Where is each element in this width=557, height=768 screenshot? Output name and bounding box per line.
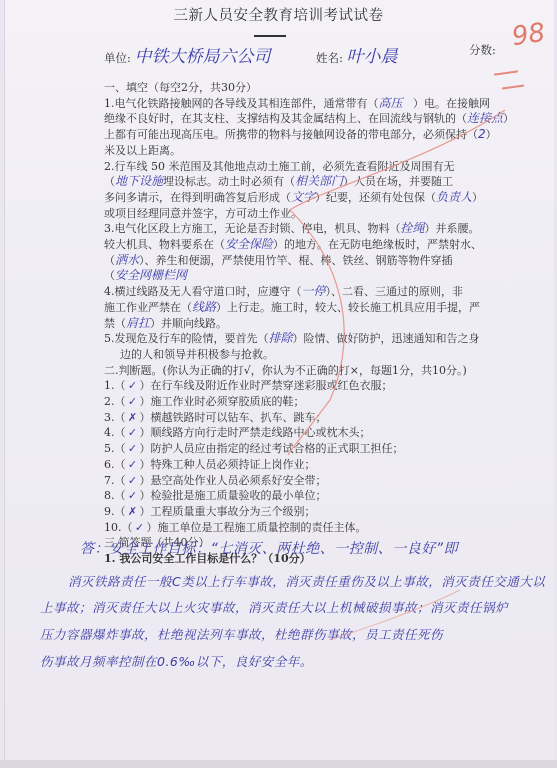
tf-item: 7.（✓）悬空高处作业人员必须系好安全带； (104, 473, 524, 489)
answer-blank: 负责人 (436, 190, 472, 204)
tf-item: 4.（✓）顺线路方向行走时严禁走线路中心或枕木头； (104, 425, 524, 441)
score-value: 98 (510, 18, 547, 52)
check-mark-icon: ✓ (126, 441, 140, 457)
q3-line2: 较大机具、物料要系在（安全保险）的地方。在无防电绝缘板时，严禁射水、 (104, 237, 524, 253)
tf-item: 10.（✓）施工单位是工程施工质量控制的责任主体。 (104, 520, 524, 536)
tf-item: 8.（✓）检验批是施工质量验收的最小单位； (104, 488, 524, 504)
handwritten-answer-line: 答：安全工作目标：“七消灭、两杜绝、一控制、一良好”即 (80, 538, 458, 558)
exam-body: 一、填空（每空2分，共30分） 1.电气化铁路接触网的各导线及其相连部件，通常带… (104, 80, 524, 567)
answer-blank: 安全保险 (225, 237, 273, 251)
true-false-list: 1.（✓）在行车线及附近作业时严禁穿迷彩服或红色衣服； 2.（✓）施工作业时必须… (104, 378, 524, 535)
answer-blank: 2 (478, 127, 486, 141)
q3-line1: 3.电气化区段上方施工，无论是否封锁、停电，机具、物料（拴绳）并系腰。 (104, 221, 524, 237)
answer-blank: 洒水 (115, 253, 139, 267)
answer-blank: 一停 (302, 284, 326, 298)
q4-line1: 4.横过线路及无人看守道口时，应遵守（一停）、二看、三通过的原则，非 (104, 284, 524, 300)
page-edge (0, 760, 557, 768)
check-mark-icon: ✓ (126, 457, 140, 473)
check-mark-icon: ✓ (126, 488, 140, 504)
q2-line1: 2.行车线 50 米范围及其他地点动土施工前，必须先查看附近及周围有无 (104, 159, 524, 175)
tf-item: 2.（✓）施工作业时必须穿胶质底的鞋； (104, 394, 524, 410)
q1-line2: 绝缘不良好时，在其支柱、支撑结构及其金属结构上、在回流线与钢轨的（连接点） (104, 111, 524, 127)
check-mark-icon: ✓ (126, 394, 140, 410)
check-mark-icon: ✓ (126, 425, 140, 441)
cross-mark-icon: ✗ (126, 410, 140, 426)
name-field: 姓名: 叶小晨 (316, 42, 398, 67)
check-mark-icon: ✓ (126, 378, 140, 394)
answer-blank: 高压 (379, 96, 403, 110)
q2-line2: （地下设施埋设标志。动土时必须有（相关部门）人员在场，并要随工 (104, 174, 524, 190)
q1-line3: 上都有可能出现高压电。所携带的物料与接触网设备的带电部分，必须保持（2） (104, 127, 524, 143)
answer-blank: 连接点 (467, 111, 503, 125)
tf-item: 6.（✓）特殊工种人员必须持证上岗作业； (104, 457, 524, 473)
title-underline (254, 35, 286, 37)
q1-line4: 米及以上距离。 (104, 143, 524, 159)
exam-title: 三新人员安全教育培训考试试卷 (0, 4, 557, 25)
check-mark-icon: ✓ (126, 473, 140, 489)
section2-heading: 二.判断题。(你认为正确的打√，你认为不正确的打×，每题1分，共10分。) (104, 363, 524, 379)
tf-item: 1.（✓）在行车线及附近作业时严禁穿迷彩服或红色衣服； (104, 378, 524, 394)
unit-field: 单位: 中铁大桥局六公司 (104, 42, 271, 67)
q4-line2: 施工作业严禁在（线路）上行走。施工时，较大、较长施工机具应用手提，严 (104, 300, 524, 316)
score-field: 分数: (469, 42, 496, 58)
handwritten-answer-line: 上事故；消灭责任大以上火灾事故，消灭责任大以上机械破损事故；消灭责任锅炉 (40, 598, 508, 616)
unit-value: 中铁大桥局六公司 (135, 47, 271, 67)
score-label: 分数: (469, 43, 496, 57)
cross-mark-icon: ✗ (126, 504, 140, 520)
handwritten-answer-line: 消灭铁路责任一般C类以上行车事故，消灭责任重伤及以上事故，消灭责任交通大以 (68, 572, 545, 590)
answer-blank: 拴绳 (401, 221, 425, 235)
unit-label: 单位: (104, 51, 131, 65)
tf-item: 9.（✗）工程质量重大事故分为三个级别； (104, 504, 524, 520)
q2-line3: 多问多请示，在得到明确答复后形成（文字）纪要，还须有处包保（负责人） (104, 190, 524, 206)
q2-line4: 或项目经理同意并签字，方可动土作业。 (104, 206, 524, 222)
q3-line3: （洒水）、养生和便溺，严禁使用竹竿、棍、棒、铁丝、钢筋等物件穿插 (104, 253, 524, 269)
tf-item: 3.（✗）横越铁路时可以钻车、扒车、跳车； (104, 410, 524, 426)
answer-blank: 相关部门 (295, 174, 343, 188)
answer-blank: 地下设施 (115, 174, 163, 188)
q4-line3: 禁（肩扛）并顺向线路。 (104, 316, 524, 332)
name-label: 姓名: (316, 51, 343, 65)
section1-heading: 一、填空（每空2分，共30分） (104, 80, 524, 96)
answer-blank: 文字 (291, 190, 315, 204)
answer-blank: 线路 (192, 300, 216, 314)
q5-line2: 边的人和领导并积极参与抢救。 (104, 347, 524, 363)
tf-item: 5.（✓）防护人员应由指定的经过考试合格的正式职工担任； (104, 441, 524, 457)
name-value: 叶小晨 (347, 47, 398, 67)
q5-line1: 5.发现危及行车的险情，要首先（排除）险情、做好防护，迅速通知和告之身 (104, 331, 524, 347)
answer-blank: 肩扛 (126, 316, 150, 330)
q3-line4: （安全网栅栏网 (104, 268, 524, 284)
handwritten-answer-line: 压力容器爆炸事故，杜绝视法列车事故，杜绝群伤事故，员工责任死伤 (40, 625, 443, 643)
answer-blank: 排除 (269, 331, 293, 345)
answer-blank: 安全网栅栏网 (115, 268, 187, 282)
check-mark-icon: ✓ (133, 520, 147, 536)
handwritten-answer-line: 伤事故月频率控制在0.6‰以下，良好安全年。 (40, 652, 313, 670)
q1-line1: 1.电气化铁路接触网的各导线及其相连部件，通常带有（高压 ）电。在接触网 (104, 96, 524, 112)
